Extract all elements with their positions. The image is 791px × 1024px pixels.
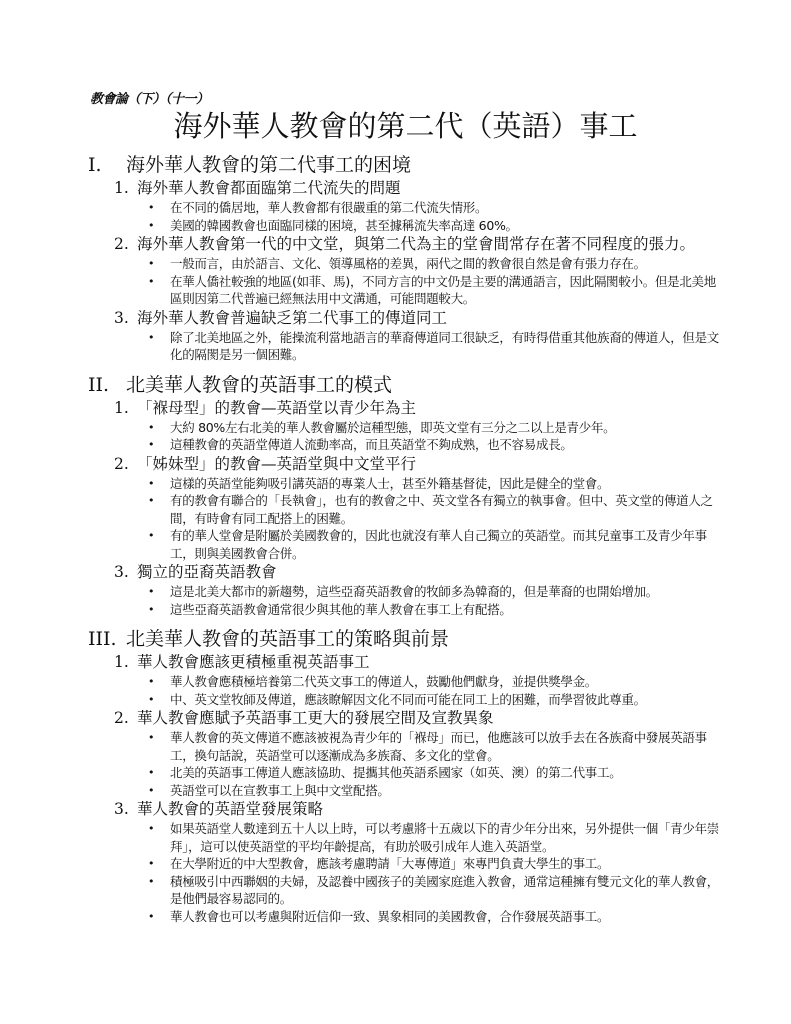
list-item: •華人教會應積極培養第二代英文事工的傳道人，鼓勵他們獻身，並提供獎學金。 [148, 673, 728, 691]
bullet-text: 華人教會的英文傳道不應該被視為青少年的「褓母」而已，他應該可以放手去在各族裔中發… [170, 729, 728, 764]
list-item: •有的教會有聯合的「長執會」，也有的教會之中、英文堂各有獨立的執事會。但中、英文… [148, 492, 728, 527]
bullet-icon: • [148, 782, 170, 800]
bullet-text: 如果英語堂人數達到五十人以上時，可以考慮將十五歲以下的青少年分出來，另外提供一個… [170, 820, 728, 855]
bullet-text: 這樣的英語堂能夠吸引講英語的專業人士，甚至外籍基督徒，因此是健全的堂會。 [170, 475, 728, 493]
bullet-text: 英語堂可以在宣教事工上與中文堂配搭。 [170, 782, 728, 800]
subsection-title: 華人教會應該更積極重視英語事工 [137, 652, 370, 673]
subsection-number: 1. [114, 398, 137, 419]
section-number: I. [88, 152, 126, 178]
section-title: 海外華人教會的第二代事工的困境 [126, 152, 411, 178]
section-title: 北美華人教會的英語事工的模式 [126, 372, 392, 398]
list-item: •在大學附近的中大型教會，應該考慮聘請「大專傳道」來專門負責大學生的事工。 [148, 855, 728, 873]
bullet-text: 有的華人堂會是附屬於美國教會的，因此也就沒有華人自己獨立的英語堂。而其兒童事工及… [170, 527, 728, 562]
subsection-title: 「褓母型」的教會—英語堂以青少年為主 [137, 398, 416, 419]
bullet-icon: • [148, 601, 170, 619]
subsection-title: 海外華人教會普遍缺乏第二代事工的傳道同工 [137, 308, 447, 329]
subsection: 3.海外華人教會普遍缺乏第二代事工的傳道同工•除了北美地區之外，能操流利當地語言… [114, 308, 728, 364]
subsection-heading: 1.海外華人教會都面臨第二代流失的問題 [114, 178, 728, 199]
bullet-icon: • [148, 527, 170, 562]
bullet-icon: • [148, 492, 170, 527]
bullet-list: •這是北美大都市的新趨勢，這些亞裔英語教會的牧師多為韓裔的，但是華裔的也開始增加… [114, 583, 728, 618]
bullet-text: 北美的英語事工傳道人應該協助、提攜其他英語系國家（如英、澳）的第二代事工。 [170, 764, 728, 782]
bullet-text: 有的教會有聯合的「長執會」，也有的教會之中、英文堂各有獨立的執事會。但中、英文堂… [170, 492, 728, 527]
list-item: •華人教會的英文傳道不應該被視為青少年的「褓母」而已，他應該可以放手去在各族裔中… [148, 729, 728, 764]
bullet-list: •在不同的僑居地，華人教會都有很嚴重的第二代流失情形。•美國的韓國教會也面臨同樣… [114, 199, 728, 234]
list-item: •中、英文堂牧師及傳道，應該瞭解因文化不同而可能在同工上的困難，而學習彼此尊重。 [148, 691, 728, 709]
bullet-icon: • [148, 855, 170, 873]
bullet-text: 大約 80%左右北美的華人教會屬於這種型態，即英文堂有三分之二以上是青少年。 [170, 419, 728, 437]
list-item: •英語堂可以在宣教事工上與中文堂配搭。 [148, 782, 728, 800]
list-item: •北美的英語事工傳道人應該協助、提攜其他英語系國家（如英、澳）的第二代事工。 [148, 764, 728, 782]
list-item: •大約 80%左右北美的華人教會屬於這種型態，即英文堂有三分之二以上是青少年。 [148, 419, 728, 437]
bullet-text: 美國的韓國教會也面臨同樣的困境，甚至據稱流失率高達 60%。 [170, 217, 728, 235]
list-item: •除了北美地區之外，能操流利當地語言的華裔傳道同工很缺乏，有時得借重其他族裔的傳… [148, 329, 728, 364]
list-item: •如果英語堂人數達到五十人以上時，可以考慮將十五歲以下的青少年分出來，另外提供一… [148, 820, 728, 855]
subsection-number: 1. [114, 652, 137, 673]
bullet-text: 一般而言，由於語言、文化、領導風格的差異，兩代之間的教會很自然是會有張力存在。 [170, 255, 728, 273]
bullet-icon: • [148, 475, 170, 493]
list-item: •這些亞裔英語教會通常很少與其他的華人教會在事工上有配搭。 [148, 601, 728, 619]
bullet-list: •除了北美地區之外，能操流利當地語言的華裔傳道同工很缺乏，有時得借重其他族裔的傳… [114, 329, 728, 364]
bullet-icon: • [148, 729, 170, 764]
bullet-list: •如果英語堂人數達到五十人以上時，可以考慮將十五歲以下的青少年分出來，另外提供一… [114, 820, 728, 925]
list-item: •這樣的英語堂能夠吸引講英語的專業人士，甚至外籍基督徒，因此是健全的堂會。 [148, 475, 728, 493]
list-item: •一般而言，由於語言、文化、領導風格的差異，兩代之間的教會很自然是會有張力存在。 [148, 255, 728, 273]
subsection: 2.華人教會應賦予英語事工更大的發展空間及宣教異象•華人教會的英文傳道不應該被視… [114, 708, 728, 799]
bullet-icon: • [148, 583, 170, 601]
bullet-icon: • [148, 820, 170, 855]
bullet-text: 華人教會也可以考慮與附近信仰一致、異象相同的美國教會，合作發展英語事工。 [170, 908, 728, 926]
subsection-title: 「姊妹型」的教會—英語堂與中文堂平行 [137, 454, 416, 475]
subsection-number: 2. [114, 454, 137, 475]
subsection-heading: 3.獨立的亞裔英語教會 [114, 562, 728, 583]
subsection-heading: 1.「褓母型」的教會—英語堂以青少年為主 [114, 398, 728, 419]
bullet-list: •這樣的英語堂能夠吸引講英語的專業人士，甚至外籍基督徒，因此是健全的堂會。•有的… [114, 475, 728, 563]
section: II.北美華人教會的英語事工的模式1.「褓母型」的教會—英語堂以青少年為主•大約… [88, 372, 728, 619]
bullet-icon: • [148, 908, 170, 926]
subsection-number: 1. [114, 178, 137, 199]
subsection-heading: 3.華人教會的英語堂發展策略 [114, 799, 728, 820]
subsection-number: 2. [114, 234, 137, 255]
bullet-text: 在大學附近的中大型教會，應該考慮聘請「大專傳道」來專門負責大學生的事工。 [170, 855, 728, 873]
list-item: •這種教會的英語堂傳道人流動率高，而且英語堂不夠成熟，也不容易成長。 [148, 436, 728, 454]
subsection-title: 獨立的亞裔英語教會 [137, 562, 277, 583]
document-outline: I.海外華人教會的第二代事工的困境1.海外華人教會都面臨第二代流失的問題•在不同… [88, 152, 728, 933]
list-item: •在不同的僑居地，華人教會都有很嚴重的第二代流失情形。 [148, 199, 728, 217]
section-heading: II.北美華人教會的英語事工的模式 [88, 372, 728, 398]
bullet-text: 這是北美大都市的新趨勢，這些亞裔英語教會的牧師多為韓裔的，但是華裔的也開始增加。 [170, 583, 728, 601]
bullet-text: 這種教會的英語堂傳道人流動率高，而且英語堂不夠成熟，也不容易成長。 [170, 436, 728, 454]
subsection: 1.海外華人教會都面臨第二代流失的問題•在不同的僑居地，華人教會都有很嚴重的第二… [114, 178, 728, 234]
list-item: •華人教會也可以考慮與附近信仰一致、異象相同的美國教會，合作發展英語事工。 [148, 908, 728, 926]
list-item: •美國的韓國教會也面臨同樣的困境，甚至據稱流失率高達 60%。 [148, 217, 728, 235]
bullet-icon: • [148, 764, 170, 782]
subsection-number: 3. [114, 308, 137, 329]
subsection: 3.華人教會的英語堂發展策略•如果英語堂人數達到五十人以上時，可以考慮將十五歲以… [114, 799, 728, 925]
bullet-text: 在不同的僑居地，華人教會都有很嚴重的第二代流失情形。 [170, 199, 728, 217]
bullet-icon: • [148, 673, 170, 691]
section-number: II. [88, 372, 126, 398]
bullet-list: •華人教會應積極培養第二代英文事工的傳道人，鼓勵他們獻身，並提供獎學金。•中、英… [114, 673, 728, 708]
bullet-icon: • [148, 436, 170, 454]
bullet-list: •一般而言，由於語言、文化、領導風格的差異，兩代之間的教會很自然是會有張力存在。… [114, 255, 728, 308]
subsection-heading: 2.海外華人教會第一代的中文堂，與第二代為主的堂會間常存在著不同程度的張力。 [114, 234, 728, 255]
section-heading: I.海外華人教會的第二代事工的困境 [88, 152, 728, 178]
subsection-title: 海外華人教會都面臨第二代流失的問題 [137, 178, 401, 199]
bullet-text: 積極吸引中西聯姻的夫婦，及認養中國孩子的美國家庭進入教會，通常這種擁有雙元文化的… [170, 873, 728, 908]
subsection-heading: 3.海外華人教會普遍缺乏第二代事工的傳道同工 [114, 308, 728, 329]
subsection-title: 海外華人教會第一代的中文堂，與第二代為主的堂會間常存在著不同程度的張力。 [137, 234, 695, 255]
subsection-title: 華人教會的英語堂發展策略 [137, 799, 323, 820]
subsection-heading: 2.華人教會應賦予英語事工更大的發展空間及宣教異象 [114, 708, 728, 729]
section-title: 北美華人教會的英語事工的策略與前景 [126, 626, 449, 652]
bullet-icon: • [148, 273, 170, 308]
bullet-icon: • [148, 255, 170, 273]
list-item: •這是北美大都市的新趨勢，這些亞裔英語教會的牧師多為韓裔的，但是華裔的也開始增加… [148, 583, 728, 601]
subsection: 1.華人教會應該更積極重視英語事工•華人教會應積極培養第二代英文事工的傳道人，鼓… [114, 652, 728, 708]
subsection-number: 2. [114, 708, 137, 729]
section: I.海外華人教會的第二代事工的困境1.海外華人教會都面臨第二代流失的問題•在不同… [88, 152, 728, 364]
bullet-text: 中、英文堂牧師及傳道，應該瞭解因文化不同而可能在同工上的困難，而學習彼此尊重。 [170, 691, 728, 709]
subsection-number: 3. [114, 799, 137, 820]
bullet-icon: • [148, 329, 170, 364]
bullet-icon: • [148, 691, 170, 709]
list-item: •在華人僑社較強的地區(如菲、馬)，不同方言的中文仍是主要的溝通語言，因此隔閡較… [148, 273, 728, 308]
document-title: 海外華人教會的第二代（英語）事工 [0, 104, 791, 145]
bullet-text: 這些亞裔英語教會通常很少與其他的華人教會在事工上有配搭。 [170, 601, 728, 619]
subsection: 1.「褓母型」的教會—英語堂以青少年為主•大約 80%左右北美的華人教會屬於這種… [114, 398, 728, 454]
bullet-list: •大約 80%左右北美的華人教會屬於這種型態，即英文堂有三分之二以上是青少年。•… [114, 419, 728, 454]
list-item: •積極吸引中西聯姻的夫婦，及認養中國孩子的美國家庭進入教會，通常這種擁有雙元文化… [148, 873, 728, 908]
bullet-text: 在華人僑社較強的地區(如菲、馬)，不同方言的中文仍是主要的溝通語言，因此隔閡較小… [170, 273, 728, 308]
subsection-title: 華人教會應賦予英語事工更大的發展空間及宣教異象 [137, 708, 494, 729]
bullet-icon: • [148, 873, 170, 908]
subsection: 2.「姊妹型」的教會—英語堂與中文堂平行•這樣的英語堂能夠吸引講英語的專業人士，… [114, 454, 728, 563]
bullet-icon: • [148, 217, 170, 235]
bullet-text: 除了北美地區之外，能操流利當地語言的華裔傳道同工很缺乏，有時得借重其他族裔的傳道… [170, 329, 728, 364]
section-heading: III.北美華人教會的英語事工的策略與前景 [88, 626, 728, 652]
bullet-list: •華人教會的英文傳道不應該被視為青少年的「褓母」而已，他應該可以放手去在各族裔中… [114, 729, 728, 799]
subsection-heading: 1.華人教會應該更積極重視英語事工 [114, 652, 728, 673]
section: III.北美華人教會的英語事工的策略與前景1.華人教會應該更積極重視英語事工•華… [88, 626, 728, 925]
bullet-icon: • [148, 419, 170, 437]
subsection-heading: 2.「姊妹型」的教會—英語堂與中文堂平行 [114, 454, 728, 475]
subsection: 2.海外華人教會第一代的中文堂，與第二代為主的堂會間常存在著不同程度的張力。•一… [114, 234, 728, 308]
bullet-icon: • [148, 199, 170, 217]
subsection-number: 3. [114, 562, 137, 583]
subsection: 3.獨立的亞裔英語教會•這是北美大都市的新趨勢，這些亞裔英語教會的牧師多為韓裔的… [114, 562, 728, 618]
document-page: 教會論（下）（十一） 海外華人教會的第二代（英語）事工 I.海外華人教會的第二代… [0, 0, 791, 1024]
bullet-text: 華人教會應積極培養第二代英文事工的傳道人，鼓勵他們獻身，並提供獎學金。 [170, 673, 728, 691]
list-item: •有的華人堂會是附屬於美國教會的，因此也就沒有華人自己獨立的英語堂。而其兒童事工… [148, 527, 728, 562]
section-number: III. [88, 626, 126, 652]
